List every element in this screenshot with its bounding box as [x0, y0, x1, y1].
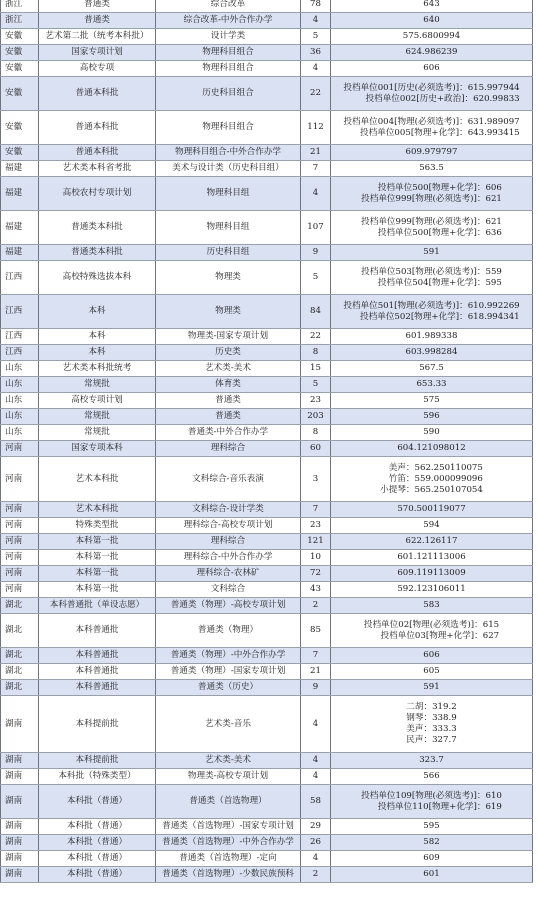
- category-cell: 普通类（物理）: [156, 614, 301, 648]
- score-line: 民声：327.7: [406, 735, 456, 746]
- score-cell: 570.500119077: [331, 502, 533, 518]
- province-cell: 河南: [1, 534, 39, 550]
- province-cell: 湖南: [1, 696, 39, 753]
- province-cell: 山东: [1, 425, 39, 441]
- score-cell: 投档单位109[物理(必须选考)]：610投档单位110[物理+化学]：619: [331, 785, 533, 819]
- count-cell: 4: [301, 13, 331, 29]
- score-lines: 575: [423, 395, 439, 406]
- score-cell: 563.5: [331, 161, 533, 177]
- province-cell: 河南: [1, 518, 39, 534]
- score-lines: 653.33: [416, 379, 446, 390]
- score-cell: 567.5: [331, 361, 533, 377]
- score-line: 投档单位504[物理+化学]：595: [361, 278, 502, 289]
- category-cell: 综合改革-中外合作办学: [156, 13, 301, 29]
- score-cell: 二胡：319.2钢琴：338.9美声：333.3民声：327.7: [331, 696, 533, 753]
- score-cell: 609.979797: [331, 145, 533, 161]
- score-line: 投档单位503[物理(必须选考)]：559: [361, 267, 502, 278]
- admission-scores-table: 浙江普通类综合改革78643浙江普通类综合改革-中外合作办学4640安徽艺术第二…: [0, 0, 533, 883]
- batch-cell: 普通本科批: [39, 145, 156, 161]
- table-row: 湖南本科批（普通）普通类（首选物理）58投档单位109[物理(必须选考)]：61…: [1, 785, 533, 819]
- count-cell: 36: [301, 45, 331, 61]
- score-line: 603.998284: [406, 347, 458, 358]
- province-cell: 安徽: [1, 29, 39, 45]
- batch-cell: 艺术第二批（统考本科批）: [39, 29, 156, 45]
- score-lines: 投档单位004[物理(必须选考)]：631.989097投档单位005[物理+化…: [343, 117, 519, 139]
- score-lines: 605: [423, 666, 439, 677]
- table-row: 山东高校专项计划普通类23575: [1, 393, 533, 409]
- table-row: 河南特殊类型批理科综合-高校专项计划23594: [1, 518, 533, 534]
- batch-cell: 高校专项计划: [39, 393, 156, 409]
- count-cell: 78: [301, 0, 331, 13]
- score-lines: 591: [423, 682, 439, 693]
- province-cell: 湖南: [1, 753, 39, 769]
- batch-cell: 本科批（普通）: [39, 819, 156, 835]
- score-lines: 投档单位500[物理+化学]：606投档单位999[物理(必须选考)]：621: [361, 183, 502, 205]
- count-cell: 7: [301, 502, 331, 518]
- score-cell: 323.7: [331, 753, 533, 769]
- count-cell: 58: [301, 785, 331, 819]
- score-lines: 609: [423, 853, 439, 864]
- score-lines: 604.121098012: [397, 443, 465, 454]
- province-cell: 福建: [1, 211, 39, 245]
- batch-cell: 普通类: [39, 0, 156, 13]
- province-cell: 江西: [1, 329, 39, 345]
- count-cell: 4: [301, 696, 331, 753]
- table-row: 安徽普通本科批历史科目组合22投档单位001[历史(必须选考)]：615.997…: [1, 77, 533, 111]
- score-line: 601.989338: [406, 331, 458, 342]
- category-cell: 物理科目组合: [156, 45, 301, 61]
- batch-cell: 本科批（普通）: [39, 867, 156, 883]
- province-cell: 河南: [1, 457, 39, 502]
- score-lines: 323.7: [419, 755, 444, 766]
- score-cell: 643: [331, 0, 533, 13]
- score-line: 美声：562.250110075: [380, 463, 483, 474]
- province-cell: 湖南: [1, 867, 39, 883]
- score-line: 567.5: [419, 363, 444, 374]
- score-lines: 583: [423, 600, 439, 611]
- batch-cell: 本科提前批: [39, 696, 156, 753]
- table-row: 山东常规批普通类203596: [1, 409, 533, 425]
- province-cell: 湖北: [1, 680, 39, 696]
- count-cell: 5: [301, 29, 331, 45]
- batch-cell: 高校特殊选拔本科: [39, 261, 156, 295]
- category-cell: 普通类（物理）-高校专项计划: [156, 598, 301, 614]
- table-row: 安徽艺术第二批（统考本科批）设计学类5575.6800994: [1, 29, 533, 45]
- batch-cell: 本科: [39, 329, 156, 345]
- score-line: 投档单位502[物理+化学]：618.994341: [343, 312, 519, 323]
- count-cell: 4: [301, 851, 331, 867]
- score-line: 606: [423, 650, 439, 661]
- table-row: 湖北本科普通批普通类（物理）85投档单位02[物理(必须选考)]：615投档单位…: [1, 614, 533, 648]
- score-line: 591: [423, 247, 439, 258]
- province-cell: 湖北: [1, 598, 39, 614]
- batch-cell: 艺术本科批: [39, 457, 156, 502]
- table-row: 浙江普通类综合改革78643: [1, 0, 533, 13]
- batch-cell: 本科普通批（单设志愿）: [39, 598, 156, 614]
- score-lines: 606: [423, 650, 439, 661]
- category-cell: 物理类-国家专项计划: [156, 329, 301, 345]
- count-cell: 203: [301, 409, 331, 425]
- score-line: 606: [423, 63, 439, 74]
- category-cell: 艺术类-音乐: [156, 696, 301, 753]
- table-row: 河南本科第一批理科综合121622.126117: [1, 534, 533, 550]
- batch-cell: 本科第一批: [39, 566, 156, 582]
- count-cell: 107: [301, 211, 331, 245]
- count-cell: 84: [301, 295, 331, 329]
- category-cell: 普通类（首选物理）-中外合作办学: [156, 835, 301, 851]
- category-cell: 普通类: [156, 409, 301, 425]
- table-row: 安徽普通本科批物理科目组合112投档单位004[物理(必须选考)]：631.98…: [1, 111, 533, 145]
- score-line: 640: [423, 15, 439, 26]
- category-cell: 普通类（首选物理）-国家专项计划: [156, 819, 301, 835]
- table-row: 湖南本科批（普通）普通类（首选物理）-少数民族预科2601: [1, 867, 533, 883]
- score-lines: 590: [423, 427, 439, 438]
- count-cell: 112: [301, 111, 331, 145]
- score-line: 605: [423, 666, 439, 677]
- province-cell: 福建: [1, 177, 39, 211]
- score-cell: 594: [331, 518, 533, 534]
- score-lines: 622.126117: [406, 536, 458, 547]
- table-row: 福建普通类本科批历史科目组9591: [1, 245, 533, 261]
- category-cell: 普通类（首选物理）-少数民族预科: [156, 867, 301, 883]
- province-cell: 山东: [1, 409, 39, 425]
- batch-cell: 本科普通批: [39, 680, 156, 696]
- batch-cell: 常规批: [39, 425, 156, 441]
- count-cell: 60: [301, 441, 331, 457]
- score-lines: 596: [423, 411, 439, 422]
- province-cell: 湖南: [1, 851, 39, 867]
- score-cell: 592.123106011: [331, 582, 533, 598]
- province-cell: 浙江: [1, 0, 39, 13]
- table-row: 福建普通类本科批物理科目组107投档单位999[物理(必须选考)]：621投档单…: [1, 211, 533, 245]
- category-cell: 物理类: [156, 295, 301, 329]
- table-row: 湖北本科普通批普通类（物理）-中外合作办学7606: [1, 648, 533, 664]
- score-cell: 640: [331, 13, 533, 29]
- batch-cell: 高校专项: [39, 61, 156, 77]
- category-cell: 普通类（物理）-中外合作办学: [156, 648, 301, 664]
- province-cell: 江西: [1, 295, 39, 329]
- score-line: 投档单位005[物理+化学]：643.993415: [343, 128, 519, 139]
- category-cell: 美术与设计类（历史科目组）: [156, 161, 301, 177]
- score-cell: 601: [331, 867, 533, 883]
- table-row: 湖南本科提前批艺术类-美术4323.7: [1, 753, 533, 769]
- category-cell: 理科综合: [156, 534, 301, 550]
- table-row: 福建艺术类本科省考批美术与设计类（历史科目组）7563.5: [1, 161, 533, 177]
- score-cell: 590: [331, 425, 533, 441]
- category-cell: 物理科目组: [156, 177, 301, 211]
- province-cell: 山东: [1, 393, 39, 409]
- score-lines: 投档单位001[历史(必须选考)]：615.997944投档单位002[历史+政…: [343, 83, 519, 105]
- score-line: 投档单位501[物理(必须选考)]：610.992269: [343, 301, 519, 312]
- score-line: 583: [423, 600, 439, 611]
- count-cell: 121: [301, 534, 331, 550]
- batch-cell: 特殊类型批: [39, 518, 156, 534]
- table-row: 湖南本科提前批艺术类-音乐4二胡：319.2钢琴：338.9美声：333.3民声…: [1, 696, 533, 753]
- score-lines: 624.986239: [406, 47, 458, 58]
- score-cell: 606: [331, 648, 533, 664]
- count-cell: 22: [301, 77, 331, 111]
- count-cell: 23: [301, 518, 331, 534]
- score-lines: 美声：562.250110075竹笛：559.000099096小提琴：565.…: [380, 463, 483, 496]
- count-cell: 9: [301, 680, 331, 696]
- batch-cell: 艺术本科批: [39, 502, 156, 518]
- score-cell: 582: [331, 835, 533, 851]
- batch-cell: 本科批（普通）: [39, 835, 156, 851]
- score-line: 653.33: [416, 379, 446, 390]
- batch-cell: 本科普通批: [39, 664, 156, 680]
- score-line: 投档单位110[物理+化学]：619: [361, 802, 502, 813]
- score-line: 美声：333.3: [406, 724, 456, 735]
- score-lines: 582: [423, 837, 439, 848]
- score-lines: 投档单位501[物理(必须选考)]：610.992269投档单位502[物理+化…: [343, 301, 519, 323]
- category-cell: 物理科目组合: [156, 111, 301, 145]
- table-row: 浙江普通类综合改革-中外合作办学4640: [1, 13, 533, 29]
- category-cell: 设计学类: [156, 29, 301, 45]
- score-lines: 609.979797: [406, 147, 458, 158]
- score-cell: 591: [331, 680, 533, 696]
- batch-cell: 本科普通批: [39, 648, 156, 664]
- score-lines: 591: [423, 247, 439, 258]
- count-cell: 26: [301, 835, 331, 851]
- province-cell: 浙江: [1, 13, 39, 29]
- score-line: 590: [423, 427, 439, 438]
- score-cell: 投档单位004[物理(必须选考)]：631.989097投档单位005[物理+化…: [331, 111, 533, 145]
- score-lines: 投档单位02[物理(必须选考)]：615投档单位03[物理+化学]：627: [364, 620, 499, 642]
- table-row: 河南艺术本科批文科综合-音乐表演3美声：562.250110075竹笛：559.…: [1, 457, 533, 502]
- category-cell: 理科综合-中外合作办学: [156, 550, 301, 566]
- score-lines: 601: [423, 869, 439, 880]
- score-cell: 609.119113009: [331, 566, 533, 582]
- count-cell: 15: [301, 361, 331, 377]
- score-cell: 624.986239: [331, 45, 533, 61]
- count-cell: 7: [301, 648, 331, 664]
- score-lines: 570.500119077: [397, 504, 465, 515]
- score-line: 投档单位002[历史+政治]：620.99833: [343, 94, 519, 105]
- table-row: 湖南本科批（普通）普通类（首选物理）-定向4609: [1, 851, 533, 867]
- score-cell: 575: [331, 393, 533, 409]
- batch-cell: 本科批（特殊类型）: [39, 769, 156, 785]
- score-line: 投档单位02[物理(必须选考)]：615: [364, 620, 499, 631]
- count-cell: 23: [301, 393, 331, 409]
- table-row: 湖南本科批（普通）普通类（首选物理）-国家专项计划29595: [1, 819, 533, 835]
- score-cell: 投档单位999[物理(必须选考)]：621投档单位500[物理+化学]：636: [331, 211, 533, 245]
- score-cell: 601.121113006: [331, 550, 533, 566]
- category-cell: 物理类-高校专项计划: [156, 769, 301, 785]
- province-cell: 河南: [1, 502, 39, 518]
- province-cell: 河南: [1, 550, 39, 566]
- score-lines: 609.119113009: [397, 568, 465, 579]
- province-cell: 江西: [1, 261, 39, 295]
- batch-cell: 本科普通批: [39, 614, 156, 648]
- score-line: 575.6800994: [403, 31, 460, 42]
- category-cell: 普通类（首选物理）: [156, 785, 301, 819]
- score-line: 592.123106011: [397, 584, 465, 595]
- category-cell: 艺术类-美术: [156, 753, 301, 769]
- score-lines: 二胡：319.2钢琴：338.9美声：333.3民声：327.7: [406, 702, 456, 746]
- table-body: 浙江普通类综合改革78643浙江普通类综合改革-中外合作办学4640安徽艺术第二…: [1, 0, 533, 883]
- batch-cell: 本科: [39, 345, 156, 361]
- score-cell: 606: [331, 61, 533, 77]
- province-cell: 福建: [1, 161, 39, 177]
- category-cell: 体育类: [156, 377, 301, 393]
- count-cell: 4: [301, 61, 331, 77]
- table-row: 河南艺术本科批文科综合-设计学类7570.500119077: [1, 502, 533, 518]
- batch-cell: 高校农村专项计划: [39, 177, 156, 211]
- score-line: 595: [423, 821, 439, 832]
- score-lines: 603.998284: [406, 347, 458, 358]
- province-cell: 湖南: [1, 785, 39, 819]
- count-cell: 21: [301, 145, 331, 161]
- category-cell: 物理科目组: [156, 211, 301, 245]
- score-cell: 投档单位500[物理+化学]：606投档单位999[物理(必须选考)]：621: [331, 177, 533, 211]
- score-lines: 投档单位109[物理(必须选考)]：610投档单位110[物理+化学]：619: [361, 791, 502, 813]
- score-line: 563.5: [419, 163, 444, 174]
- count-cell: 5: [301, 377, 331, 393]
- score-line: 622.126117: [406, 536, 458, 547]
- province-cell: 湖北: [1, 648, 39, 664]
- province-cell: 湖南: [1, 769, 39, 785]
- score-line: 566: [423, 771, 439, 782]
- batch-cell: 国家专项本科: [39, 441, 156, 457]
- category-cell: 普通类-中外合作办学: [156, 425, 301, 441]
- score-line: 609.979797: [406, 147, 458, 158]
- count-cell: 8: [301, 345, 331, 361]
- score-cell: 投档单位503[物理(必须选考)]：559投档单位504[物理+化学]：595: [331, 261, 533, 295]
- batch-cell: 艺术类本科批统考: [39, 361, 156, 377]
- batch-cell: 普通类本科批: [39, 245, 156, 261]
- count-cell: 10: [301, 550, 331, 566]
- score-cell: 653.33: [331, 377, 533, 393]
- category-cell: 普通类: [156, 393, 301, 409]
- table-row: 安徽普通本科批物理科目组合-中外合作办学21609.979797: [1, 145, 533, 161]
- province-cell: 湖南: [1, 819, 39, 835]
- score-line: 二胡：319.2: [406, 702, 456, 713]
- category-cell: 文科综合-设计学类: [156, 502, 301, 518]
- score-line: 591: [423, 682, 439, 693]
- category-cell: 物理科目组合: [156, 61, 301, 77]
- table-row: 山东常规批普通类-中外合作办学8590: [1, 425, 533, 441]
- score-line: 604.121098012: [397, 443, 465, 454]
- batch-cell: 本科批（普通）: [39, 785, 156, 819]
- score-cell: 601.989338: [331, 329, 533, 345]
- category-cell: 文科综合-音乐表演: [156, 457, 301, 502]
- table-row: 湖南本科批（普通）普通类（首选物理）-中外合作办学26582: [1, 835, 533, 851]
- score-lines: 594: [423, 520, 439, 531]
- table-row: 河南本科第一批文科综合43592.123106011: [1, 582, 533, 598]
- table-row: 江西本科历史类8603.998284: [1, 345, 533, 361]
- batch-cell: 本科第一批: [39, 534, 156, 550]
- score-lines: 563.5: [419, 163, 444, 174]
- score-line: 575: [423, 395, 439, 406]
- category-cell: 历史科目组合: [156, 77, 301, 111]
- score-line: 643: [423, 0, 439, 10]
- score-line: 582: [423, 837, 439, 848]
- count-cell: 7: [301, 161, 331, 177]
- score-line: 594: [423, 520, 439, 531]
- score-line: 601: [423, 869, 439, 880]
- score-cell: 595: [331, 819, 533, 835]
- batch-cell: 艺术类本科省考批: [39, 161, 156, 177]
- batch-cell: 本科: [39, 295, 156, 329]
- score-cell: 投档单位02[物理(必须选考)]：615投档单位03[物理+化学]：627: [331, 614, 533, 648]
- batch-cell: 常规批: [39, 377, 156, 393]
- province-cell: 湖南: [1, 835, 39, 851]
- score-line: 投档单位999[物理(必须选考)]：621: [361, 194, 502, 205]
- category-cell: 历史类: [156, 345, 301, 361]
- score-lines: 640: [423, 15, 439, 26]
- table-row: 山东常规批体育类5653.33: [1, 377, 533, 393]
- province-cell: 江西: [1, 345, 39, 361]
- count-cell: 72: [301, 566, 331, 582]
- score-lines: 投档单位999[物理(必须选考)]：621投档单位500[物理+化学]：636: [361, 217, 502, 239]
- batch-cell: 本科提前批: [39, 753, 156, 769]
- category-cell: 历史科目组: [156, 245, 301, 261]
- score-cell: 583: [331, 598, 533, 614]
- score-line: 投档单位001[历史(必须选考)]：615.997944: [343, 83, 519, 94]
- province-cell: 湖北: [1, 614, 39, 648]
- table-row: 河南国家专项本科理科综合60604.121098012: [1, 441, 533, 457]
- table-row: 安徽国家专项计划物理科目组合36624.986239: [1, 45, 533, 61]
- table-row: 湖南本科批（特殊类型）物理类-高校专项计划4566: [1, 769, 533, 785]
- score-cell: 投档单位501[物理(必须选考)]：610.992269投档单位502[物理+化…: [331, 295, 533, 329]
- table-row: 湖北本科普通批普通类（物理）-国家专项计划21605: [1, 664, 533, 680]
- score-line: 570.500119077: [397, 504, 465, 515]
- province-cell: 河南: [1, 441, 39, 457]
- score-lines: 595: [423, 821, 439, 832]
- category-cell: 普通类（历史）: [156, 680, 301, 696]
- category-cell: 普通类（物理）-国家专项计划: [156, 664, 301, 680]
- batch-cell: 常规批: [39, 409, 156, 425]
- category-cell: 综合改革: [156, 0, 301, 13]
- score-line: 609: [423, 853, 439, 864]
- score-line: 投档单位03[物理+化学]：627: [364, 631, 499, 642]
- count-cell: 9: [301, 245, 331, 261]
- score-line: 小提琴：565.250107054: [380, 485, 483, 496]
- table-row: 山东艺术类本科批统考艺术类-美术15567.5: [1, 361, 533, 377]
- score-line: 323.7: [419, 755, 444, 766]
- count-cell: 4: [301, 177, 331, 211]
- score-cell: 603.998284: [331, 345, 533, 361]
- score-line: 596: [423, 411, 439, 422]
- score-cell: 566: [331, 769, 533, 785]
- score-lines: 643: [423, 0, 439, 10]
- score-cell: 605: [331, 664, 533, 680]
- score-lines: 567.5: [419, 363, 444, 374]
- table-row: 福建高校农村专项计划物理科目组4投档单位500[物理+化学]：606投档单位99…: [1, 177, 533, 211]
- score-lines: 投档单位503[物理(必须选考)]：559投档单位504[物理+化学]：595: [361, 267, 502, 289]
- batch-cell: 普通本科批: [39, 111, 156, 145]
- score-line: 钢琴：338.9: [406, 713, 456, 724]
- count-cell: 4: [301, 769, 331, 785]
- score-cell: 575.6800994: [331, 29, 533, 45]
- table-row: 江西本科物理类-国家专项计划22601.989338: [1, 329, 533, 345]
- count-cell: 8: [301, 425, 331, 441]
- batch-cell: 本科第一批: [39, 550, 156, 566]
- score-lines: 575.6800994: [403, 31, 460, 42]
- score-cell: 596: [331, 409, 533, 425]
- score-line: 投档单位999[物理(必须选考)]：621: [361, 217, 502, 228]
- category-cell: 普通类（首选物理）-定向: [156, 851, 301, 867]
- count-cell: 2: [301, 867, 331, 883]
- score-line: 投档单位500[物理+化学]：606: [361, 183, 502, 194]
- score-lines: 606: [423, 63, 439, 74]
- score-lines: 601.121113006: [397, 552, 465, 563]
- province-cell: 安徽: [1, 145, 39, 161]
- category-cell: 艺术类-美术: [156, 361, 301, 377]
- score-lines: 566: [423, 771, 439, 782]
- province-cell: 安徽: [1, 77, 39, 111]
- count-cell: 4: [301, 753, 331, 769]
